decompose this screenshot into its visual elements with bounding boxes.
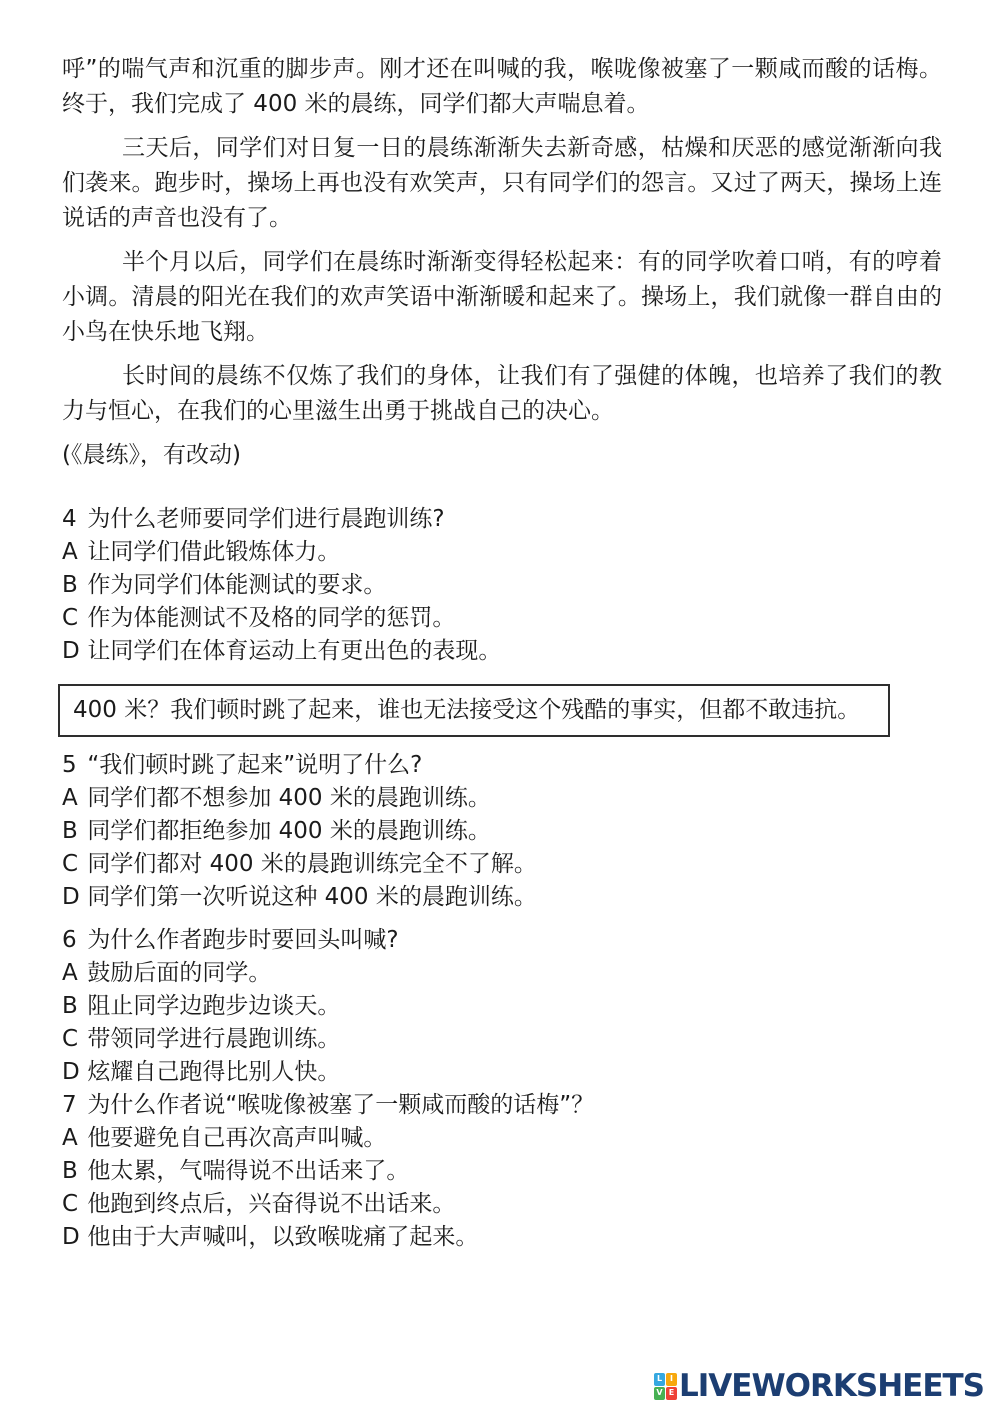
option-text: 作为体能测试不及格的同学的惩罚。 bbox=[87, 605, 455, 631]
question-block-4: 4 为什么老师要同学们进行晨跑训练? A 让同学们借此锻炼体力。 B 作为同学们… bbox=[62, 503, 942, 668]
option-text: 同学们都对 400 米的晨跑训练完全不了解。 bbox=[87, 851, 537, 877]
liveworksheets-logo: L I V E LIVEWORKSHEETS bbox=[654, 1372, 984, 1400]
question-7-option-c: C 他跑到终点后，兴奋得说不出话来。 bbox=[62, 1188, 942, 1221]
option-text: 鼓励后面的同学。 bbox=[87, 960, 271, 986]
option-letter: B bbox=[62, 569, 80, 602]
option-letter: A bbox=[62, 957, 80, 990]
passage-source: (《晨练》，有改动) bbox=[62, 438, 942, 473]
question-4-text: 为什么老师要同学们进行晨跑训练? bbox=[87, 506, 444, 532]
question-5-option-a: A 同学们都不想参加 400 米的晨跑训练。 bbox=[62, 782, 942, 815]
option-letter: D bbox=[62, 635, 80, 668]
question-block-6: 6 为什么作者跑步时要回头叫喊? A 鼓励后面的同学。 B 阻止同学边跑步边谈天… bbox=[62, 924, 942, 1089]
option-letter: C bbox=[62, 1023, 80, 1056]
option-text: 让同学们借此锻炼体力。 bbox=[87, 539, 340, 565]
option-letter: B bbox=[62, 815, 80, 848]
option-text: 他要避免自己再次高声叫喊。 bbox=[87, 1125, 386, 1151]
option-letter: B bbox=[62, 990, 80, 1023]
question-6-option-a: A 鼓励后面的同学。 bbox=[62, 957, 942, 990]
liveworksheets-wordmark: LIVEWORKSHEETS bbox=[679, 1372, 984, 1400]
option-letter: C bbox=[62, 1188, 80, 1221]
option-text: 带领同学进行晨跑训练。 bbox=[87, 1026, 340, 1052]
question-6-prompt: 6 为什么作者跑步时要回头叫喊? bbox=[62, 924, 942, 957]
passage-paragraph-4: 长时间的晨练不仅炼了我们的身体，让我们有了强健的体魄，也培养了我们的教力与恒心，… bbox=[62, 359, 942, 429]
option-letter: D bbox=[62, 881, 80, 914]
logo-tile-l: L bbox=[654, 1373, 665, 1386]
option-text: 同学们都不想参加 400 米的晨跑训练。 bbox=[87, 785, 491, 811]
option-text: 让同学们在体育运动上有更出色的表现。 bbox=[87, 638, 501, 664]
question-6-option-d: D 炫耀自己跑得比别人快。 bbox=[62, 1056, 942, 1089]
option-text: 炫耀自己跑得比别人快。 bbox=[87, 1059, 340, 1085]
question-6-option-b: B 阻止同学边跑步边谈天。 bbox=[62, 990, 942, 1023]
liveworksheets-grid-icon: L I V E bbox=[654, 1373, 677, 1400]
question-4-option-d: D 让同学们在体育运动上有更出色的表现。 bbox=[62, 635, 942, 668]
passage-paragraph-2: 三天后，同学们对日复一日的晨练渐渐失去新奇感，枯燥和厌恶的感觉渐渐向我们袭来。跑… bbox=[62, 131, 942, 236]
passage-paragraph-3: 半个月以后，同学们在晨练时渐渐变得轻松起来：有的同学吹着口哨，有的哼着小调。清晨… bbox=[62, 245, 942, 350]
question-7-text: 为什么作者说“喉咙像被塞了一颗咸而酸的话梅”？ bbox=[87, 1092, 594, 1118]
question-7-prompt: 7 为什么作者说“喉咙像被塞了一颗咸而酸的话梅”？ bbox=[62, 1089, 942, 1122]
question-5-number: 5 bbox=[62, 749, 80, 782]
question-4-number: 4 bbox=[62, 503, 80, 536]
option-letter: A bbox=[62, 536, 80, 569]
question-5-option-d: D 同学们第一次听说这种 400 米的晨跑训练。 bbox=[62, 881, 942, 914]
logo-tile-v: V bbox=[654, 1387, 665, 1400]
option-text: 他跑到终点后，兴奋得说不出话来。 bbox=[87, 1191, 455, 1217]
option-text: 同学们都拒绝参加 400 米的晨跑训练。 bbox=[87, 818, 491, 844]
option-letter: B bbox=[62, 1155, 80, 1188]
option-text: 同学们第一次听说这种 400 米的晨跑训练。 bbox=[87, 884, 537, 910]
question-6-text: 为什么作者跑步时要回头叫喊? bbox=[87, 927, 398, 953]
quote-box-text: 400 米？我们顿时跳了起来，谁也无法接受这个残酷的事实，但都不敢违抗。 bbox=[73, 697, 860, 723]
question-7-option-d: D 他由于大声喊叫，以致喉咙痛了起来。 bbox=[62, 1221, 942, 1254]
option-letter: A bbox=[62, 1122, 80, 1155]
option-letter: D bbox=[62, 1056, 80, 1089]
option-letter: A bbox=[62, 782, 80, 815]
question-4-prompt: 4 为什么老师要同学们进行晨跑训练? bbox=[62, 503, 942, 536]
reading-passage: 呼”的喘气声和沉重的脚步声。刚才还在叫喊的我，喉咙像被塞了一颗咸而酸的话梅。终于… bbox=[62, 52, 942, 473]
question-6-option-c: C 带领同学进行晨跑训练。 bbox=[62, 1023, 942, 1056]
worksheet-page: 呼”的喘气声和沉重的脚步声。刚才还在叫喊的我，喉咙像被塞了一颗咸而酸的话梅。终于… bbox=[0, 0, 1000, 1414]
logo-tile-i: I bbox=[666, 1373, 677, 1386]
worksheet-content: 呼”的喘气声和沉重的脚步声。刚才还在叫喊的我，喉咙像被塞了一颗咸而酸的话梅。终于… bbox=[0, 0, 1000, 1254]
option-letter: D bbox=[62, 1221, 80, 1254]
option-text: 阻止同学边跑步边谈天。 bbox=[87, 993, 340, 1019]
question-7-option-a: A 他要避免自己再次高声叫喊。 bbox=[62, 1122, 942, 1155]
question-5-option-b: B 同学们都拒绝参加 400 米的晨跑训练。 bbox=[62, 815, 942, 848]
question-6-number: 6 bbox=[62, 924, 80, 957]
question-4-option-a: A 让同学们借此锻炼体力。 bbox=[62, 536, 942, 569]
passage-paragraph-1: 呼”的喘气声和沉重的脚步声。刚才还在叫喊的我，喉咙像被塞了一颗咸而酸的话梅。终于… bbox=[62, 52, 942, 122]
question-5-text: “我们顿时跳了起来”说明了什么? bbox=[87, 752, 422, 778]
question-7-number: 7 bbox=[62, 1089, 80, 1122]
question-7-option-b: B 他太累，气喘得说不出话来了。 bbox=[62, 1155, 942, 1188]
question-4-option-b: B 作为同学们体能测试的要求。 bbox=[62, 569, 942, 602]
option-text: 他太累，气喘得说不出话来了。 bbox=[87, 1158, 409, 1184]
logo-tile-e: E bbox=[666, 1387, 677, 1400]
option-letter: C bbox=[62, 848, 80, 881]
question-block-7: 7 为什么作者说“喉咙像被塞了一颗咸而酸的话梅”？ A 他要避免自己再次高声叫喊… bbox=[62, 1089, 942, 1254]
question-block-5: 5 “我们顿时跳了起来”说明了什么? A 同学们都不想参加 400 米的晨跑训练… bbox=[62, 749, 942, 914]
option-letter: C bbox=[62, 602, 80, 635]
question-5-prompt: 5 “我们顿时跳了起来”说明了什么? bbox=[62, 749, 942, 782]
option-text: 作为同学们体能测试的要求。 bbox=[87, 572, 386, 598]
option-text: 他由于大声喊叫，以致喉咙痛了起来。 bbox=[87, 1224, 478, 1250]
question-5-option-c: C 同学们都对 400 米的晨跑训练完全不了解。 bbox=[62, 848, 942, 881]
question-4-option-c: C 作为体能测试不及格的同学的惩罚。 bbox=[62, 602, 942, 635]
quote-box: 400 米？我们顿时跳了起来，谁也无法接受这个残酷的事实，但都不敢违抗。 bbox=[58, 684, 890, 737]
